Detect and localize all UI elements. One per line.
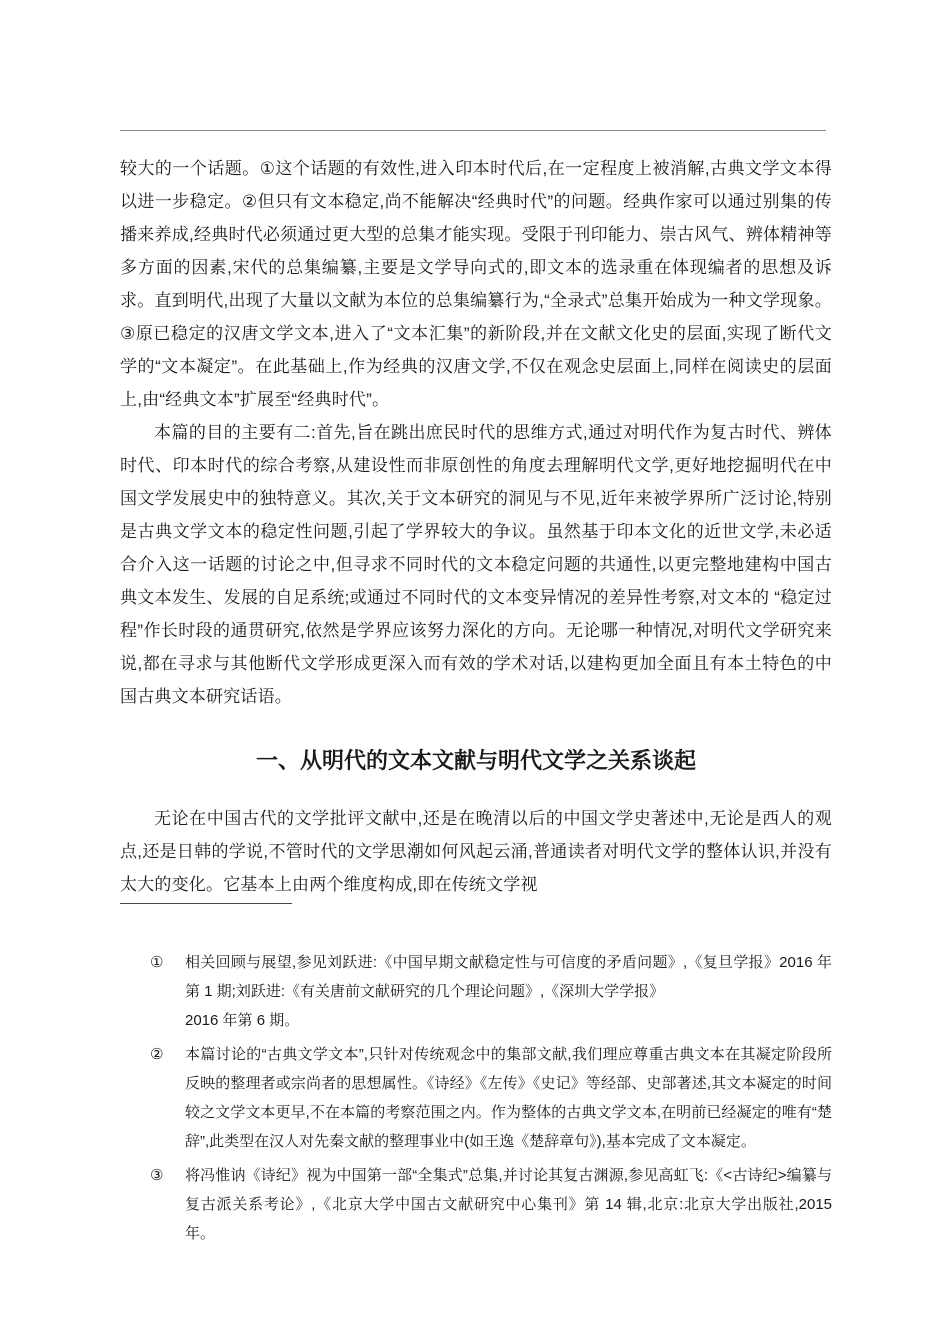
document-page: 较大的一个话题。①这个话题的有效性,进入印本时代后,在一定程度上被消解,古典文学… <box>0 0 950 1344</box>
body-paragraph: 无论在中国古代的文学批评文献中,还是在晚清以后的中国文学史著述中,无论是西人的观… <box>120 802 832 901</box>
footnote-item: ③ 将冯惟讷《诗纪》视为中国第一部“全集式”总集,并讨论其复古渊源,参见高虹飞:… <box>120 1161 832 1248</box>
body-paragraph: 较大的一个话题。①这个话题的有效性,进入印本时代后,在一定程度上被消解,古典文学… <box>120 152 832 416</box>
footnote-marker: ③ <box>150 1161 185 1248</box>
footnote-text: 本篇讨论的“古典文学文本”,只针对传统观念中的集部文献,我们理应尊重古典文本在其… <box>185 1040 832 1156</box>
footnote-item: ① 相关回顾与展望,参见刘跃进:《中国早期文献稳定性与可信度的矛盾问题》,《复旦… <box>120 948 832 1035</box>
page-content: 较大的一个话题。①这个话题的有效性,进入印本时代后,在一定程度上被消解,古典文学… <box>120 0 832 1253</box>
footnote-text: 将冯惟讷《诗纪》视为中国第一部“全集式”总集,并讨论其复古渊源,参见高虹飞:《<… <box>185 1161 832 1248</box>
footnote-marker: ② <box>150 1040 185 1156</box>
footnote-text-main: 相关回顾与展望,参见刘跃进:《中国早期文献稳定性与可信度的矛盾问题》,《复旦学报… <box>185 954 832 1000</box>
footnote-item: ② 本篇讨论的“古典文学文本”,只针对传统观念中的集部文献,我们理应尊重古典文本… <box>120 1040 832 1156</box>
footnote-separator-rule <box>120 903 292 904</box>
footnotes-section: ① 相关回顾与展望,参见刘跃进:《中国早期文献稳定性与可信度的矛盾问题》,《复旦… <box>120 948 832 1248</box>
header-rule <box>120 130 826 131</box>
footnote-text: 相关回顾与展望,参见刘跃进:《中国早期文献稳定性与可信度的矛盾问题》,《复旦学报… <box>185 948 832 1035</box>
footnote-text-main: 本篇讨论的“古典文学文本”,只针对传统观念中的集部文献,我们理应尊重古典文本在其… <box>185 1046 832 1150</box>
footnote-marker: ① <box>150 948 185 1035</box>
footnote-text-main: 将冯惟讷《诗纪》视为中国第一部“全集式”总集,并讨论其复古渊源,参见高虹飞:《<… <box>185 1167 832 1242</box>
body-paragraph: 本篇的目的主要有二:首先,旨在跳出庶民时代的思维方式,通过对明代作为复古时代、辨… <box>120 416 832 713</box>
section-heading: 一、从明代的文本文献与明代文学之关系谈起 <box>120 744 832 778</box>
footnote-text-continuation: 2016 年第 6 期。 <box>185 1006 832 1035</box>
